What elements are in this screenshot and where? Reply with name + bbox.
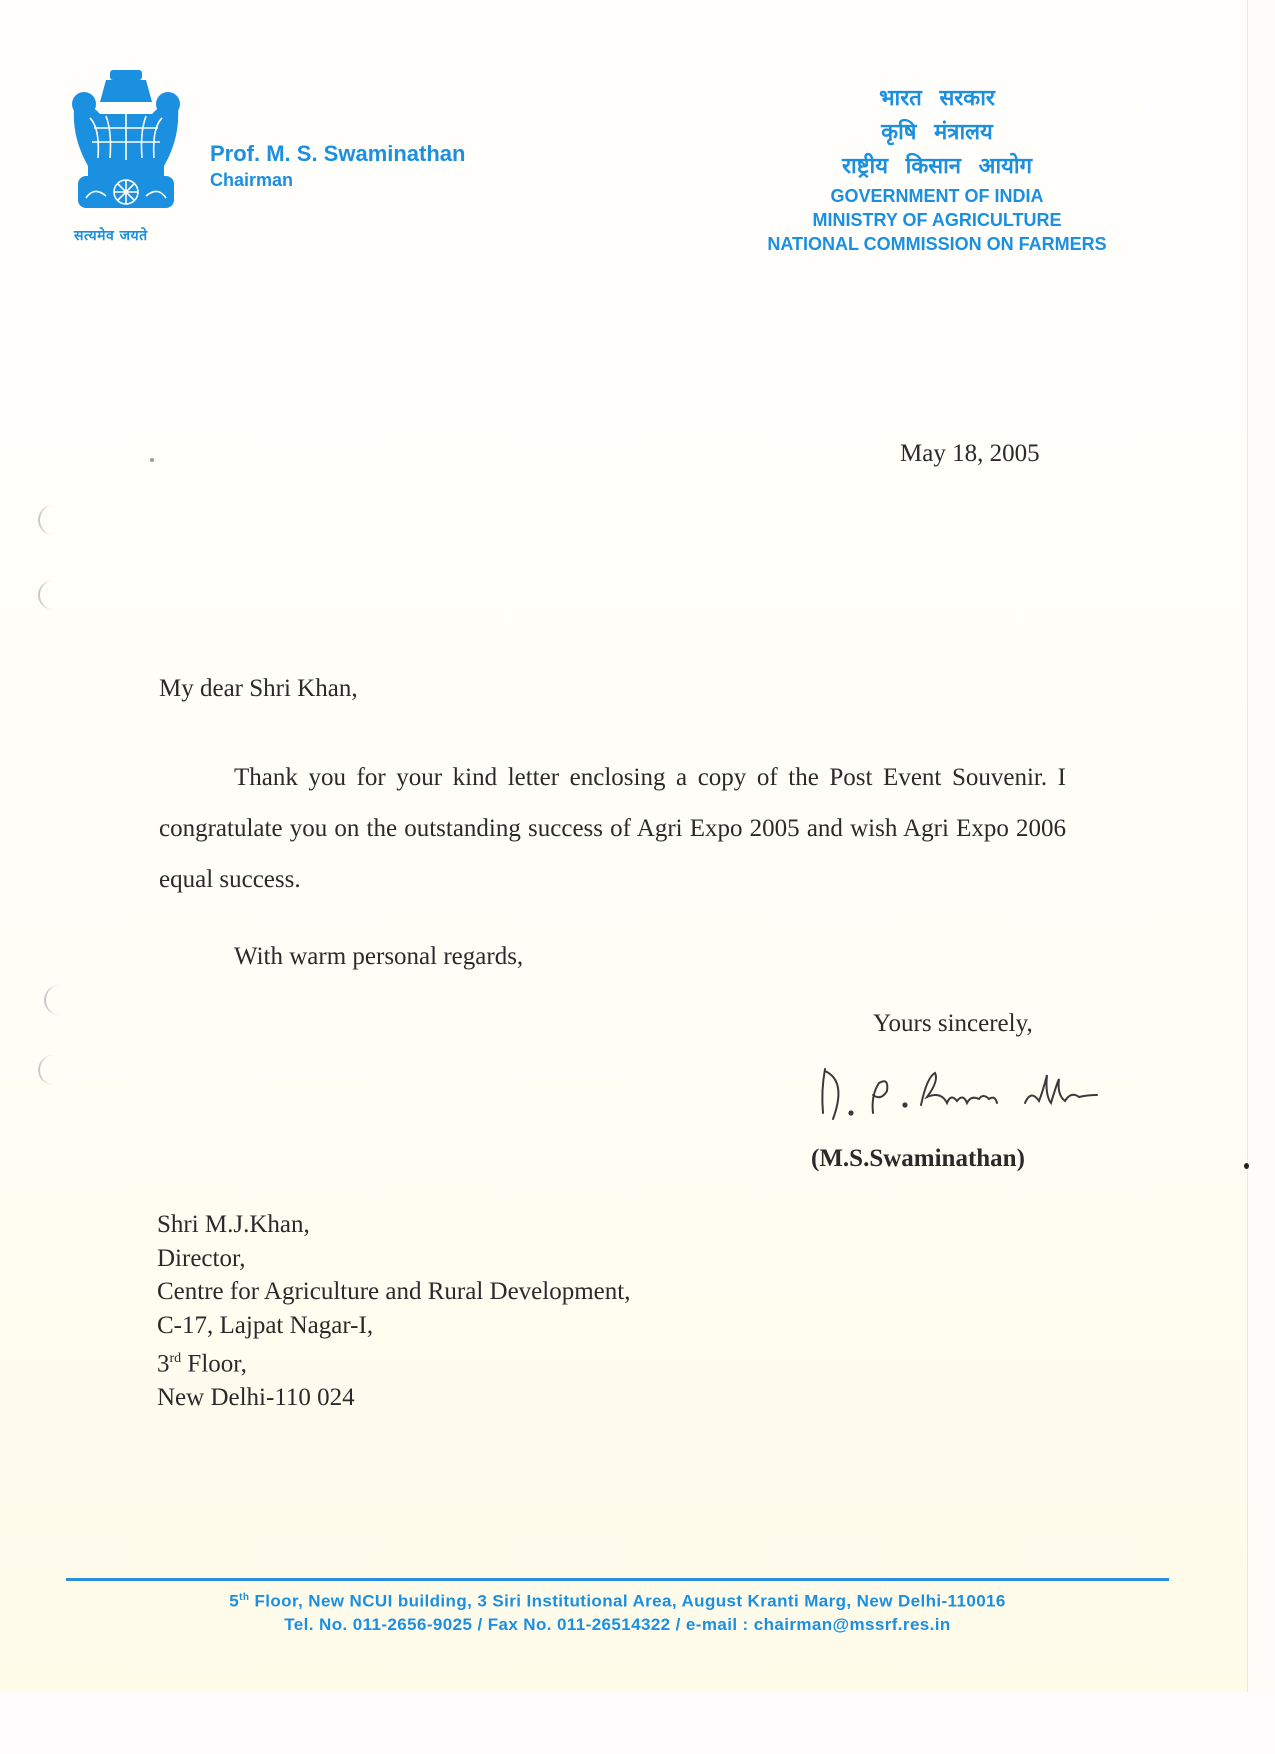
organization-block: भारत सरकार कृषि मंत्रालय राष्ट्रीय किसान… [727, 82, 1147, 256]
address-line: Shri M.J.Khan, [157, 1208, 630, 1242]
letter-body: Thank you for your kind letter enclosing… [159, 752, 1066, 905]
punch-hole-mark [38, 1055, 70, 1085]
address-line: 3rd Floor, [157, 1342, 630, 1381]
regards-line: With warm personal regards, [234, 943, 523, 971]
scan-margin [0, 1692, 1275, 1754]
footer-contact: Tel. No. 011-2656-9025 / Fax No. 011-265… [66, 1613, 1169, 1636]
footer-floor-suffix: th [239, 1592, 249, 1603]
scan-speck [150, 458, 154, 462]
punch-hole-mark [38, 505, 70, 535]
closing-line: Yours sincerely, [873, 1010, 1033, 1038]
floor-suffix: rd [170, 1351, 182, 1366]
punch-hole-mark [44, 985, 76, 1015]
chairman-name: Prof. M. S. Swaminathan [210, 141, 465, 167]
address-line: Centre for Agriculture and Rural Develop… [157, 1275, 630, 1309]
footer-divider [66, 1578, 1169, 1581]
footer-address-text: Floor, New NCUI building, 3 Siri Institu… [249, 1592, 1005, 1611]
org-english-line: MINISTRY OF AGRICULTURE [727, 208, 1147, 232]
punch-hole-mark [38, 580, 70, 610]
footer: 5th Floor, New NCUI building, 3 Siri Ins… [66, 1586, 1169, 1636]
org-hindi-line: कृषि मंत्रालय [727, 116, 1147, 150]
scan-speck [1244, 1163, 1249, 1169]
footer-address: 5th Floor, New NCUI building, 3 Siri Ins… [66, 1586, 1169, 1613]
body-paragraph: Thank you for your kind letter enclosing… [159, 752, 1066, 905]
signatory-name: (M.S.Swaminathan) [811, 1145, 1025, 1173]
address-line: New Delhi-110 024 [157, 1381, 630, 1415]
floor-number: 3 [157, 1350, 170, 1377]
floor-text: Floor, [181, 1350, 247, 1377]
org-hindi-line: भारत सरकार [727, 82, 1147, 116]
org-hindi-line: राष्ट्रीय किसान आयोग [727, 150, 1147, 184]
address-line: C-17, Lajpat Nagar-I, [157, 1309, 630, 1343]
org-english-line: NATIONAL COMMISSION ON FARMERS [727, 232, 1147, 256]
signature-icon [815, 1055, 1145, 1135]
org-english-line: GOVERNMENT OF INDIA [727, 184, 1147, 208]
emblem-motto: सत्यमेव जयते [74, 226, 148, 245]
address-line: Director, [157, 1242, 630, 1276]
salutation: My dear Shri Khan, [159, 675, 358, 703]
letter-page: सत्यमेव जयते Prof. M. S. Swaminathan Cha… [0, 0, 1248, 1692]
national-emblem-icon [70, 68, 182, 228]
letter-date: May 18, 2005 [900, 440, 1040, 468]
chairman-title: Chairman [210, 170, 293, 191]
footer-floor-number: 5 [229, 1592, 239, 1611]
recipient-address: Shri M.J.Khan, Director, Centre for Agri… [157, 1208, 630, 1414]
